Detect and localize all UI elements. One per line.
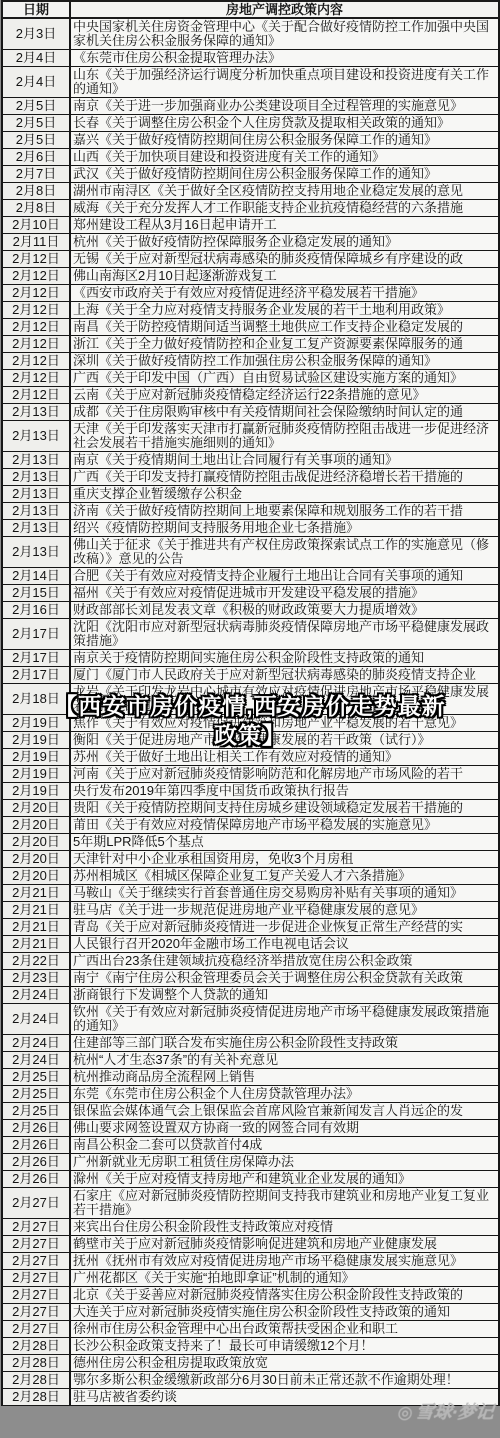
date-cell: 2月8日 xyxy=(2,183,70,200)
policy-cell: 苏州《关于做好土地出让相关工作有效应对疫情的通知》 xyxy=(70,749,499,766)
policy-cell: 广州新就业无房职工租赁住房保障办法 xyxy=(70,1154,499,1171)
table-row: 2月21日 马鞍山《关于继续实行首套普通住房交易购房补贴有关事项的通知》 xyxy=(2,885,499,902)
date-cell: 2月5日 xyxy=(2,115,70,132)
table-row: 2月5日 嘉兴《关于做好疫情防控期间住房公积金服务保障工作的通知》 xyxy=(2,132,499,149)
table-row: 2月13日 天津《关于印发落实天津市打赢新冠肺炎疫情防控阻击战进一步促进经济社会… xyxy=(2,421,499,452)
table-row: 2月27日 广州花都区《关于实施“拍地即拿证”机制的通知》 xyxy=(2,1270,499,1287)
date-cell: 2月4日 xyxy=(2,67,70,98)
table-row: 2月13日 广西《关于印发支持打赢疫情防控阻击战促进经济稳增长若干措施的 xyxy=(2,469,499,486)
table-row: 2月8日 威海《关于充分发挥人才工作职能支持企业抗疫情稳经营的六条措施 xyxy=(2,200,499,217)
table-row: 2月21日 人民银行召开2020年金融市场工作电视电话会议 xyxy=(2,936,499,953)
date-cell: 2月28日 xyxy=(2,1338,70,1355)
policy-cell: 北京《关于妥善应对新冠肺炎疫情落实住房公积金阶段性支持政策的 xyxy=(70,1287,499,1304)
date-cell: 2月28日 xyxy=(2,1389,70,1406)
date-cell: 2月20日 xyxy=(2,800,70,817)
date-cell: 2月21日 xyxy=(2,885,70,902)
xueqiu-watermark: ◎雪球·梦记 xyxy=(397,1398,496,1424)
policy-cell: 德州住房公积金租房提取政策放宽 xyxy=(70,1355,499,1372)
policy-cell: 济南《关于做好疫情防控期间上地要素保障和规划服务工作的若干措 xyxy=(70,503,499,520)
table-row: 2月19日 苏州《关于做好土地出让相关工作有效应对疫情的通知》 xyxy=(2,749,499,766)
table-row: 2月28日 德州住房公积金租房提取政策放宽 xyxy=(2,1355,499,1372)
date-cell: 2月21日 xyxy=(2,919,70,936)
date-cell: 2月13日 xyxy=(2,452,70,469)
date-cell: 2月27日 xyxy=(2,1188,70,1219)
table-row: 2月26日 滁州《关于应对疫情支持房地产和建筑业企业发展的通知》 xyxy=(2,1171,499,1188)
date-cell: 2月28日 xyxy=(2,1372,70,1389)
policy-cell: 央行发布2019年第四季度中国货币政策执行报告 xyxy=(70,783,499,800)
policy-cell: 上海《关于全力应对疫情支持服务企业发展的若干土地利用政策》 xyxy=(70,302,499,319)
date-cell: 2月26日 xyxy=(2,1120,70,1137)
policy-cell: 南宁《南宁住房公积金管理委员会关于调整住房公积金贷款有关政策 xyxy=(70,970,499,987)
policy-cell: 山西《关于加快项目建设和投资进度有关工作的通知》 xyxy=(70,149,499,166)
title-watermark-overlay: 【西安市房价疫情,西安房价走势最新 政策】 xyxy=(0,692,500,750)
policy-cell: 天津针对中小企业承租国资用房，免收3个月房租 xyxy=(70,851,499,868)
policy-cell: 莆田《关于有效应对疫情保障房地产市场平稳发展的实施意见》 xyxy=(70,817,499,834)
date-cell: 2月21日 xyxy=(2,936,70,953)
date-cell: 2月27日 xyxy=(2,1236,70,1253)
policy-cell: 徐州市住房公积金管理中心出台政策帮扶受困企业和职工 xyxy=(70,1321,499,1338)
date-cell: 2月12日 xyxy=(2,268,70,285)
policy-cell: 马鞍山《关于继续实行首套普通住房交易购房补贴有关事项的通知》 xyxy=(70,885,499,902)
table-row: 2月11日 杭州《关于做好疫情防控保障服务企业稳定发展的通知》 xyxy=(2,234,499,251)
date-cell: 2月12日 xyxy=(2,319,70,336)
table-row: 2月25日 杭州推动商品房全流程网上销售 xyxy=(2,1069,499,1086)
table-row: 2月19日 央行发布2019年第四季度中国货币政策执行报告 xyxy=(2,783,499,800)
table-row: 2月19日 河南《关于应对新冠肺炎疫情影响防范和化解房地产市场风险的若干 xyxy=(2,766,499,783)
table-row: 2月10日 郑州建设工程从3月16日起申请开工 xyxy=(2,217,499,234)
date-cell: 2月27日 xyxy=(2,1253,70,1270)
policy-cell: 银保监会媒体通气会上银保监会首席风险官兼新闻发言人肖远企的发 xyxy=(70,1103,499,1120)
policy-cell: 抚州《抚州市有效应对疫情促进房地产市场平稳健康发展实施意见》 xyxy=(70,1253,499,1270)
policy-cell: 郑州建设工程从3月16日起申请开工 xyxy=(70,217,499,234)
date-cell: 2月13日 xyxy=(2,537,70,568)
policy-cell: 湖州市南浔区《关于做好全区疫情防控支持用地企业稳定发展的意见 xyxy=(70,183,499,200)
table-row: 2月5日 长春《关于调整住房公积金个人住房贷款及提取相关政策的通知》 xyxy=(2,115,499,132)
policy-cell: 长春《关于调整住房公积金个人住房贷款及提取相关政策的通知》 xyxy=(70,115,499,132)
table-row: 2月12日 上海《关于全力应对疫情支持服务企业发展的若干土地利用政策》 xyxy=(2,302,499,319)
policy-cell: 南昌公积金二套可以贷款首付4成 xyxy=(70,1137,499,1154)
policy-cell: 中央国家机关住房资金管理中心《关于配合做好疫情防控工作加强中央国家机关住房公积金… xyxy=(70,18,499,50)
table-row: 2月24日 钦州《关于有效应对新冠肺炎疫情促进房地产市场平稳健康发展政策措施的通… xyxy=(2,1004,499,1035)
date-cell: 2月20日 xyxy=(2,834,70,851)
policy-cell: 南京《关于疫情期间土地出让合同履行有关事项的通知》 xyxy=(70,452,499,469)
date-cell: 2月5日 xyxy=(2,132,70,149)
table-row: 2月12日 南昌《关于防控疫情期间适当调整土地供应工作支持企业稳定发展的 xyxy=(2,319,499,336)
policy-cell: 南京关于疫情防控期间实施住房公积金阶段性支持政策的通知 xyxy=(70,650,499,667)
date-cell: 2月6日 xyxy=(2,149,70,166)
date-cell: 2月12日 xyxy=(2,336,70,353)
date-column-header: 日期 xyxy=(2,1,70,18)
table-row: 2月21日 驻马店《关于进一步规范促进房地产业平稳健康发展的意见》 xyxy=(2,902,499,919)
policy-cell: 广西《关于印发中国（广西）自由贸易试验区建设实施方案的通知》 xyxy=(70,370,499,387)
date-cell: 2月13日 xyxy=(2,503,70,520)
table-row: 2月24日 杭州“人才生态37条”的有关补充意见 xyxy=(2,1052,499,1069)
table-row: 2月26日 佛山要求网签设置双方协商一致的网签合同有效期 xyxy=(2,1120,499,1137)
policy-cell: 来宾出台住房公积金阶段性支持政策应对疫情 xyxy=(70,1219,499,1236)
table-row: 2月15日 福州《关于有效应对疫情促进城市开发建设平稳发展的措施》 xyxy=(2,585,499,602)
date-cell: 2月11日 xyxy=(2,234,70,251)
policy-cell: 威海《关于充分发挥人才工作职能支持企业抗疫情稳经营的六条措施 xyxy=(70,200,499,217)
date-cell: 2月19日 xyxy=(2,783,70,800)
table-row: 2月26日 广州新就业无房职工租赁住房保障办法 xyxy=(2,1154,499,1171)
content-column-header: 房地产调控政策内容 xyxy=(70,1,499,18)
date-cell: 2月12日 xyxy=(2,370,70,387)
table-row: 2月22日 广西出台23条住建领域抗疫稳经济举措放宽住房公积金政策 xyxy=(2,953,499,970)
policy-cell: 重庆支撑企业暂缓缴存公积金 xyxy=(70,486,499,503)
policy-cell: 佛山南海区2月10日起逐渐游戏复工 xyxy=(70,268,499,285)
policy-cell: 人民银行召开2020年金融市场工作电视电话会议 xyxy=(70,936,499,953)
date-cell: 2月20日 xyxy=(2,868,70,885)
table-row: 2月26日 南昌公积金二套可以贷款首付4成 xyxy=(2,1137,499,1154)
date-cell: 2月12日 xyxy=(2,302,70,319)
table-row: 2月27日 来宾出台住房公积金阶段性支持政策应对疫情 xyxy=(2,1219,499,1236)
policy-cell: 河南《关于应对新冠肺炎疫情影响防范和化解房地产市场风险的若干 xyxy=(70,766,499,783)
date-cell: 2月26日 xyxy=(2,1137,70,1154)
overlay-line-1: 【西安市房价疫情,西安房价走势最新 xyxy=(0,692,500,721)
table-row: 2月13日 佛山关于征求《关于推进共有产权住房政策探索试点工作的实施意见（修改稿… xyxy=(2,537,499,568)
policy-cell: 嘉兴《关于做好疫情防控期间住房公积金服务保障工作的通知》 xyxy=(70,132,499,149)
table-row: 2月25日 银保监会媒体通气会上银保监会首席风险官兼新闻发言人肖远企的发 xyxy=(2,1103,499,1120)
policy-cell: 浙江《关于全力做好疫情防控和企业复工复产资源要素保障服务的通 xyxy=(70,336,499,353)
policy-cell: 石家庄《应对新冠肺炎疫情防控期间支持我市建筑业和房地产业复工复业若干措施》 xyxy=(70,1188,499,1219)
policy-cell: 东莞《东莞市住房公积金个人住房贷款管理办法》 xyxy=(70,1086,499,1103)
policy-cell: 苏州相城区《相城区保障企业复工复产关爱人才六条措施》 xyxy=(70,868,499,885)
table-row: 2月4日 山东《关于加强经济运行调度分析加快重点项目建设和投资进度有关工作的通知… xyxy=(2,67,499,98)
policy-cell: 浙商银行下发调整个人贷款的通知 xyxy=(70,987,499,1004)
table-row: 2月17日 南京关于疫情防控期间实施住房公积金阶段性支持政策的通知 xyxy=(2,650,499,667)
date-cell: 2月24日 xyxy=(2,987,70,1004)
table-row: 2月16日 财政部部长刘昆发表文章《积极的财政政策要大力提质增效》 xyxy=(2,602,499,619)
date-cell: 2月12日 xyxy=(2,285,70,302)
table-row: 2月24日 住建部等三部门联合发布实施住房公积金阶段性支持政策 xyxy=(2,1035,499,1052)
policy-cell: 贵阳《关于疫情防控期间支持住房城乡建设领域稳定发展若干措施的 xyxy=(70,800,499,817)
date-cell: 2月19日 xyxy=(2,766,70,783)
table-row: 2月20日 莆田《关于有效应对疫情保障房地产市场平稳发展的实施意见》 xyxy=(2,817,499,834)
table-row: 2月17日 厦门《厦门市人民政府关于应对新型冠状病毒感染的肺炎疫情支持企业 xyxy=(2,667,499,684)
policy-cell: 沈阳《沈阳市应对新型冠状病毒肺炎疫情保障房地产市场平稳健康发展政策措施》 xyxy=(70,619,499,650)
policy-cell: 武汉《关于做好疫情防控期间住房公积金服务保障工作的通知》 xyxy=(70,166,499,183)
policy-cell: 《西安市政府关于有效应对疫情促进经济平稳发展若干措施》 xyxy=(70,285,499,302)
policy-cell: 佛山关于征求《关于推进共有产权住房政策探索试点工作的实施意见（修改稿）》意见的公… xyxy=(70,537,499,568)
table-row: 2月20日 贵阳《关于疫情防控期间支持住房城乡建设领域稳定发展若干措施的 xyxy=(2,800,499,817)
table-row: 2月12日 《西安市政府关于有效应对疫情促进经济平稳发展若干措施》 xyxy=(2,285,499,302)
table-row: 2月12日 广西《关于印发中国（广西）自由贸易试验区建设实施方案的通知》 xyxy=(2,370,499,387)
table-row: 2月28日 长沙公积金政策支持来了！最长可申请缓缴12个月！ xyxy=(2,1338,499,1355)
date-cell: 2月15日 xyxy=(2,585,70,602)
date-cell: 2月13日 xyxy=(2,469,70,486)
date-cell: 2月5日 xyxy=(2,98,70,115)
policy-cell: 长沙公积金政策支持来了！最长可申请缓缴12个月！ xyxy=(70,1338,499,1355)
date-cell: 2月13日 xyxy=(2,520,70,537)
date-cell: 2月17日 xyxy=(2,650,70,667)
policy-cell: 广西出台23条住建领域抗疫稳经济举措放宽住房公积金政策 xyxy=(70,953,499,970)
policy-cell: 天津《关于印发落实天津市打赢新冠肺炎疫情防控阻击战进一步促进经济社会发展若干措施… xyxy=(70,421,499,452)
policy-cell: 《东莞市住房公积金提取管理办法》 xyxy=(70,50,499,67)
table-row: 2月6日 山西《关于加快项目建设和投资进度有关工作的通知》 xyxy=(2,149,499,166)
date-cell: 2月12日 xyxy=(2,387,70,404)
date-cell: 2月25日 xyxy=(2,1069,70,1086)
table-row: 2月21日 青岛《关于应对新冠肺炎疫情进一步促进企业恢复正常生产经营的实 xyxy=(2,919,499,936)
policy-cell: 绍兴《疫情防控期间支持服务用地企业七条措施》 xyxy=(70,520,499,537)
table-row: 2月20日 天津针对中小企业承租国资用房，免收3个月房租 xyxy=(2,851,499,868)
xueqiu-watermark-text: 雪球·梦记 xyxy=(415,1402,495,1422)
table-row: 2月24日 浙商银行下发调整个人贷款的通知 xyxy=(2,987,499,1004)
table-row: 2月13日 绍兴《疫情防控期间支持服务用地企业七条措施》 xyxy=(2,520,499,537)
policy-cell: 南京《关于进一步加强商业办公类建设项目全过程管理的实施意见》 xyxy=(70,98,499,115)
policy-cell: 驻马店《关于进一步规范促进房地产业平稳健康发展的意见》 xyxy=(70,902,499,919)
date-cell: 2月17日 xyxy=(2,667,70,684)
policy-cell: 云南《关于应对新冠肺炎疫情稳定经济运行22条措施的意见》 xyxy=(70,387,499,404)
table-row: 2月20日 5年期LPR降低5个基点 xyxy=(2,834,499,851)
table-row: 2月17日 沈阳《沈阳市应对新型冠状病毒肺炎疫情保障房地产市场平稳健康发展政策措… xyxy=(2,619,499,650)
policy-cell: 鹤壁市关于应对新冠肺炎疫情影响促进建筑和房地产业健康发展 xyxy=(70,1236,499,1253)
table-row: 2月13日 济南《关于做好疫情防控期间上地要素保障和规划服务工作的若干措 xyxy=(2,503,499,520)
date-cell: 2月27日 xyxy=(2,1287,70,1304)
date-cell: 2月12日 xyxy=(2,353,70,370)
policy-cell: 成都《关于住房限购审核中有关疫情期间社会保险缴纳时间认定的通 xyxy=(70,404,499,421)
date-cell: 2月27日 xyxy=(2,1270,70,1287)
date-cell: 2月20日 xyxy=(2,851,70,868)
date-cell: 2月7日 xyxy=(2,166,70,183)
policy-cell: 佛山要求网签设置双方协商一致的网签合同有效期 xyxy=(70,1120,499,1137)
table-row: 2月4日 《东莞市住房公积金提取管理办法》 xyxy=(2,50,499,67)
policy-cell: 青岛《关于应对新冠肺炎疫情进一步促进企业恢复正常生产经营的实 xyxy=(70,919,499,936)
date-cell: 2月19日 xyxy=(2,749,70,766)
date-cell: 2月22日 xyxy=(2,953,70,970)
table-row: 2月13日 南京《关于疫情期间土地出让合同履行有关事项的通知》 xyxy=(2,452,499,469)
policy-cell: 山东《关于加强经济运行调度分析加快重点项目建设和投资进度有关工作的通知》 xyxy=(70,67,499,98)
date-cell: 2月28日 xyxy=(2,1355,70,1372)
policy-cell: 福州《关于有效应对疫情促进城市开发建设平稳发展的措施》 xyxy=(70,585,499,602)
date-cell: 2月3日 xyxy=(2,18,70,50)
policy-cell: 鄂尔多斯公积金缓缴新政部分6月30日前未正常还款不作逾期处理！ xyxy=(70,1372,499,1389)
xueqiu-logo-icon: ◎ xyxy=(397,1403,414,1423)
date-cell: 2月12日 xyxy=(2,251,70,268)
policy-cell: 南昌《关于防控疫情期间适当调整土地供应工作支持企业稳定发展的 xyxy=(70,319,499,336)
date-cell: 2月13日 xyxy=(2,404,70,421)
table-row: 2月27日 石家庄《应对新冠肺炎疫情防控期间支持我市建筑业和房地产业复工复业若干… xyxy=(2,1188,499,1219)
table-row: 2月7日 武汉《关于做好疫情防控期间住房公积金服务保障工作的通知》 xyxy=(2,166,499,183)
date-cell: 2月25日 xyxy=(2,1086,70,1103)
table-row: 2月14日 合肥《关于有效应对疫情支持企业履行土地出让合同有关事项的通知 xyxy=(2,568,499,585)
table-row: 2月12日 无锡《关于应对新型冠状病毒感染的肺炎疫情保障城乡有序建设的政 xyxy=(2,251,499,268)
date-cell: 2月26日 xyxy=(2,1154,70,1171)
table-row: 2月27日 徐州市住房公积金管理中心出台政策帮扶受困企业和职工 xyxy=(2,1321,499,1338)
policy-cell: 滁州《关于应对疫情支持房地产和建筑业企业发展的通知》 xyxy=(70,1171,499,1188)
date-cell: 2月24日 xyxy=(2,1052,70,1069)
table-row: 2月12日 深圳《关于做好疫情防控工作加强住房公积金服务保障的通知》 xyxy=(2,353,499,370)
policy-cell: 大连关于应对新冠肺炎疫情实施住房公积金阶段性支持政策的通知 xyxy=(70,1304,499,1321)
date-cell: 2月27日 xyxy=(2,1321,70,1338)
table-row: 2月8日 湖州市南浔区《关于做好全区疫情防控支持用地企业稳定发展的意见 xyxy=(2,183,499,200)
policy-cell: 杭州推动商品房全流程网上销售 xyxy=(70,1069,499,1086)
date-cell: 2月14日 xyxy=(2,568,70,585)
table-row: 2月5日 南京《关于进一步加强商业办公类建设项目全过程管理的实施意见》 xyxy=(2,98,499,115)
table-header-row: 日期 房地产调控政策内容 xyxy=(2,1,499,18)
policy-cell: 广西《关于印发支持打赢疫情防控阻击战促进经济稳增长若干措施的 xyxy=(70,469,499,486)
date-cell: 2月17日 xyxy=(2,619,70,650)
date-cell: 2月20日 xyxy=(2,817,70,834)
table-row: 2月27日 大连关于应对新冠肺炎疫情实施住房公积金阶段性支持政策的通知 xyxy=(2,1304,499,1321)
table-row: 2月27日 北京《关于妥善应对新冠肺炎疫情落实住房公积金阶段性支持政策的 xyxy=(2,1287,499,1304)
table-row: 2月28日 鄂尔多斯公积金缓缴新政部分6月30日前未正常还款不作逾期处理！ xyxy=(2,1372,499,1389)
table-row: 2月3日 中央国家机关住房资金管理中心《关于配合做好疫情防控工作加强中央国家机关… xyxy=(2,18,499,50)
table-row: 2月13日 成都《关于住房限购审核中有关疫情期间社会保险缴纳时间认定的通 xyxy=(2,404,499,421)
policy-cell: 合肥《关于有效应对疫情支持企业履行土地出让合同有关事项的通知 xyxy=(70,568,499,585)
policy-cell: 钦州《关于有效应对新冠肺炎疫情促进房地产市场平稳健康发展政策措施的通知》 xyxy=(70,1004,499,1035)
policy-cell: 广州花都区《关于实施“拍地即拿证”机制的通知》 xyxy=(70,1270,499,1287)
date-cell: 2月26日 xyxy=(2,1171,70,1188)
date-cell: 2月24日 xyxy=(2,1004,70,1035)
policy-cell: 无锡《关于应对新型冠状病毒感染的肺炎疫情保障城乡有序建设的政 xyxy=(70,251,499,268)
date-cell: 2月23日 xyxy=(2,970,70,987)
date-cell: 2月4日 xyxy=(2,50,70,67)
table-row: 2月25日 东莞《东莞市住房公积金个人住房贷款管理办法》 xyxy=(2,1086,499,1103)
table-row: 2月27日 鹤壁市关于应对新冠肺炎疫情影响促进建筑和房地产业健康发展 xyxy=(2,1236,499,1253)
table-row: 2月23日 南宁《南宁住房公积金管理委员会关于调整住房公积金贷款有关政策 xyxy=(2,970,499,987)
overlay-line-2: 政策】 xyxy=(0,721,500,750)
policy-cell: 住建部等三部门联合发布实施住房公积金阶段性支持政策 xyxy=(70,1035,499,1052)
screenshot-page: 日期 房地产调控政策内容 2月3日 中央国家机关住房资金管理中心《关于配合做好疫… xyxy=(0,0,500,1438)
date-cell: 2月27日 xyxy=(2,1304,70,1321)
policy-cell: 杭州“人才生态37条”的有关补充意见 xyxy=(70,1052,499,1069)
table-row: 2月12日 佛山南海区2月10日起逐渐游戏复工 xyxy=(2,268,499,285)
date-cell: 2月25日 xyxy=(2,1103,70,1120)
table-row: 2月12日 云南《关于应对新冠肺炎疫情稳定经济运行22条措施的意见》 xyxy=(2,387,499,404)
date-cell: 2月8日 xyxy=(2,200,70,217)
policy-cell: 杭州《关于做好疫情防控保障服务企业稳定发展的通知》 xyxy=(70,234,499,251)
policy-cell: 深圳《关于做好疫情防控工作加强住房公积金服务保障的通知》 xyxy=(70,353,499,370)
date-cell: 2月10日 xyxy=(2,217,70,234)
date-cell: 2月13日 xyxy=(2,421,70,452)
date-cell: 2月27日 xyxy=(2,1219,70,1236)
date-cell: 2月24日 xyxy=(2,1035,70,1052)
table-row: 2月13日 重庆支撑企业暂缓缴存公积金 xyxy=(2,486,499,503)
date-cell: 2月13日 xyxy=(2,486,70,503)
table-row: 2月20日 苏州相城区《相城区保障企业复工复产关爱人才六条措施》 xyxy=(2,868,499,885)
date-cell: 2月16日 xyxy=(2,602,70,619)
table-row: 2月27日 抚州《抚州市有效应对疫情促进房地产市场平稳健康发展实施意见》 xyxy=(2,1253,499,1270)
policy-cell: 厦门《厦门市人民政府关于应对新型冠状病毒感染的肺炎疫情支持企业 xyxy=(70,667,499,684)
table-row: 2月12日 浙江《关于全力做好疫情防控和企业复工复产资源要素保障服务的通 xyxy=(2,336,499,353)
policy-cell: 财政部部长刘昆发表文章《积极的财政政策要大力提质增效》 xyxy=(70,602,499,619)
date-cell: 2月21日 xyxy=(2,902,70,919)
policy-cell: 5年期LPR降低5个基点 xyxy=(70,834,499,851)
